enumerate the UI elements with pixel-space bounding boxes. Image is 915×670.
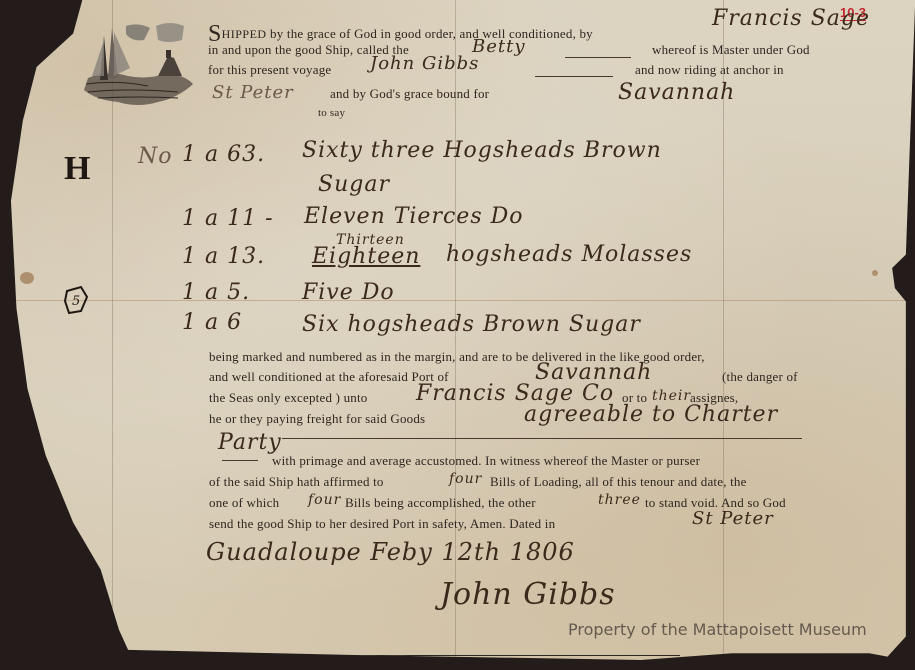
destination-port: Savannah xyxy=(618,82,735,104)
body-line-8b: Bills being accomplished, the other xyxy=(345,496,536,509)
signature: John Gibbs xyxy=(440,580,616,610)
cargo-desc-3: hogsheads Molasses xyxy=(446,244,692,266)
their-word: their xyxy=(652,389,691,403)
body-line-4a: he or they paying freight for said Goods xyxy=(209,412,425,425)
cargo-desc-1: Sixty three Hogsheads Brown xyxy=(302,140,662,162)
master-name: John Gibbs xyxy=(370,55,479,73)
cargo-nos-5: 1 a 6 xyxy=(182,312,242,334)
header-line-3b: and now riding at anchor in xyxy=(635,63,784,76)
body-line-2a: and well conditioned at the aforesaid Po… xyxy=(209,370,449,383)
fold-crease xyxy=(0,300,915,301)
bill-count: four xyxy=(449,472,482,486)
body-line-3a: the Seas only excepted ) unto xyxy=(209,391,368,404)
freight-terms-cont: Party xyxy=(218,432,282,454)
cargo-desc-4: Five Do xyxy=(302,282,395,304)
header-line-4: and by God's grace bound for xyxy=(330,87,489,100)
shipper-name: Francis Sage xyxy=(712,8,870,30)
dash-line xyxy=(222,460,258,461)
cargo-nos-4: 1 a 5. xyxy=(182,282,250,304)
to-say-label: to say xyxy=(318,108,345,119)
cargo-nos-2: 1 a 11 - xyxy=(182,208,274,230)
cargo-desc-1-cont: Sugar xyxy=(318,174,390,196)
stain xyxy=(20,272,34,284)
stain xyxy=(872,270,878,276)
ship-engraving-icon xyxy=(78,18,198,110)
cargo-nos-1: 1 a 63. xyxy=(182,144,265,166)
cargo-desc-2: Eleven Tierces Do xyxy=(304,206,523,228)
header-line-3a: for this present voyage xyxy=(208,63,331,76)
blank-line xyxy=(535,76,613,77)
bottom-edge-line xyxy=(340,655,680,656)
freight-terms: agreeable to Charter xyxy=(524,404,778,426)
svg-text:5: 5 xyxy=(72,294,80,309)
header-line-2b: whereof is Master under God xyxy=(652,43,810,56)
body-line-2b: (the danger of xyxy=(722,370,798,383)
cargo-desc-5: Six hogsheads Brown Sugar xyxy=(302,314,641,336)
blank-line xyxy=(565,57,631,58)
cargo-mark-shield-icon: 5 xyxy=(63,285,89,315)
body-line-8a: one of which xyxy=(209,496,279,509)
date-line: Guadaloupe Feby 12th 1806 xyxy=(206,540,575,564)
body-line-7b: Bills of Loading, all of this tenour and… xyxy=(490,475,747,488)
blank-line xyxy=(282,438,802,439)
body-line-7a: of the said Ship hath affirmed to xyxy=(209,475,384,488)
museum-watermark: Property of the Mattapoisett Museum xyxy=(568,620,867,639)
anchor-port: St Peter xyxy=(212,84,294,102)
other-count: three xyxy=(598,493,641,507)
ship-name: Betty xyxy=(472,38,526,56)
cargo-mark-letter: H xyxy=(64,150,90,188)
body-line-9: send the good Ship to her desired Port i… xyxy=(209,517,555,530)
cargo-desc-3-struck: Eighteen xyxy=(312,246,420,268)
body-line-6: with primage and average accustomed. In … xyxy=(272,454,700,467)
cargo-nos-3: 1 a 13. xyxy=(182,246,265,268)
dated-place: St Peter xyxy=(692,510,774,528)
document-paper: 10-3 SHIPPED by the grace of God in good… xyxy=(0,0,915,670)
number-prefix: No xyxy=(138,146,173,168)
bill-count-2: four xyxy=(308,493,341,507)
